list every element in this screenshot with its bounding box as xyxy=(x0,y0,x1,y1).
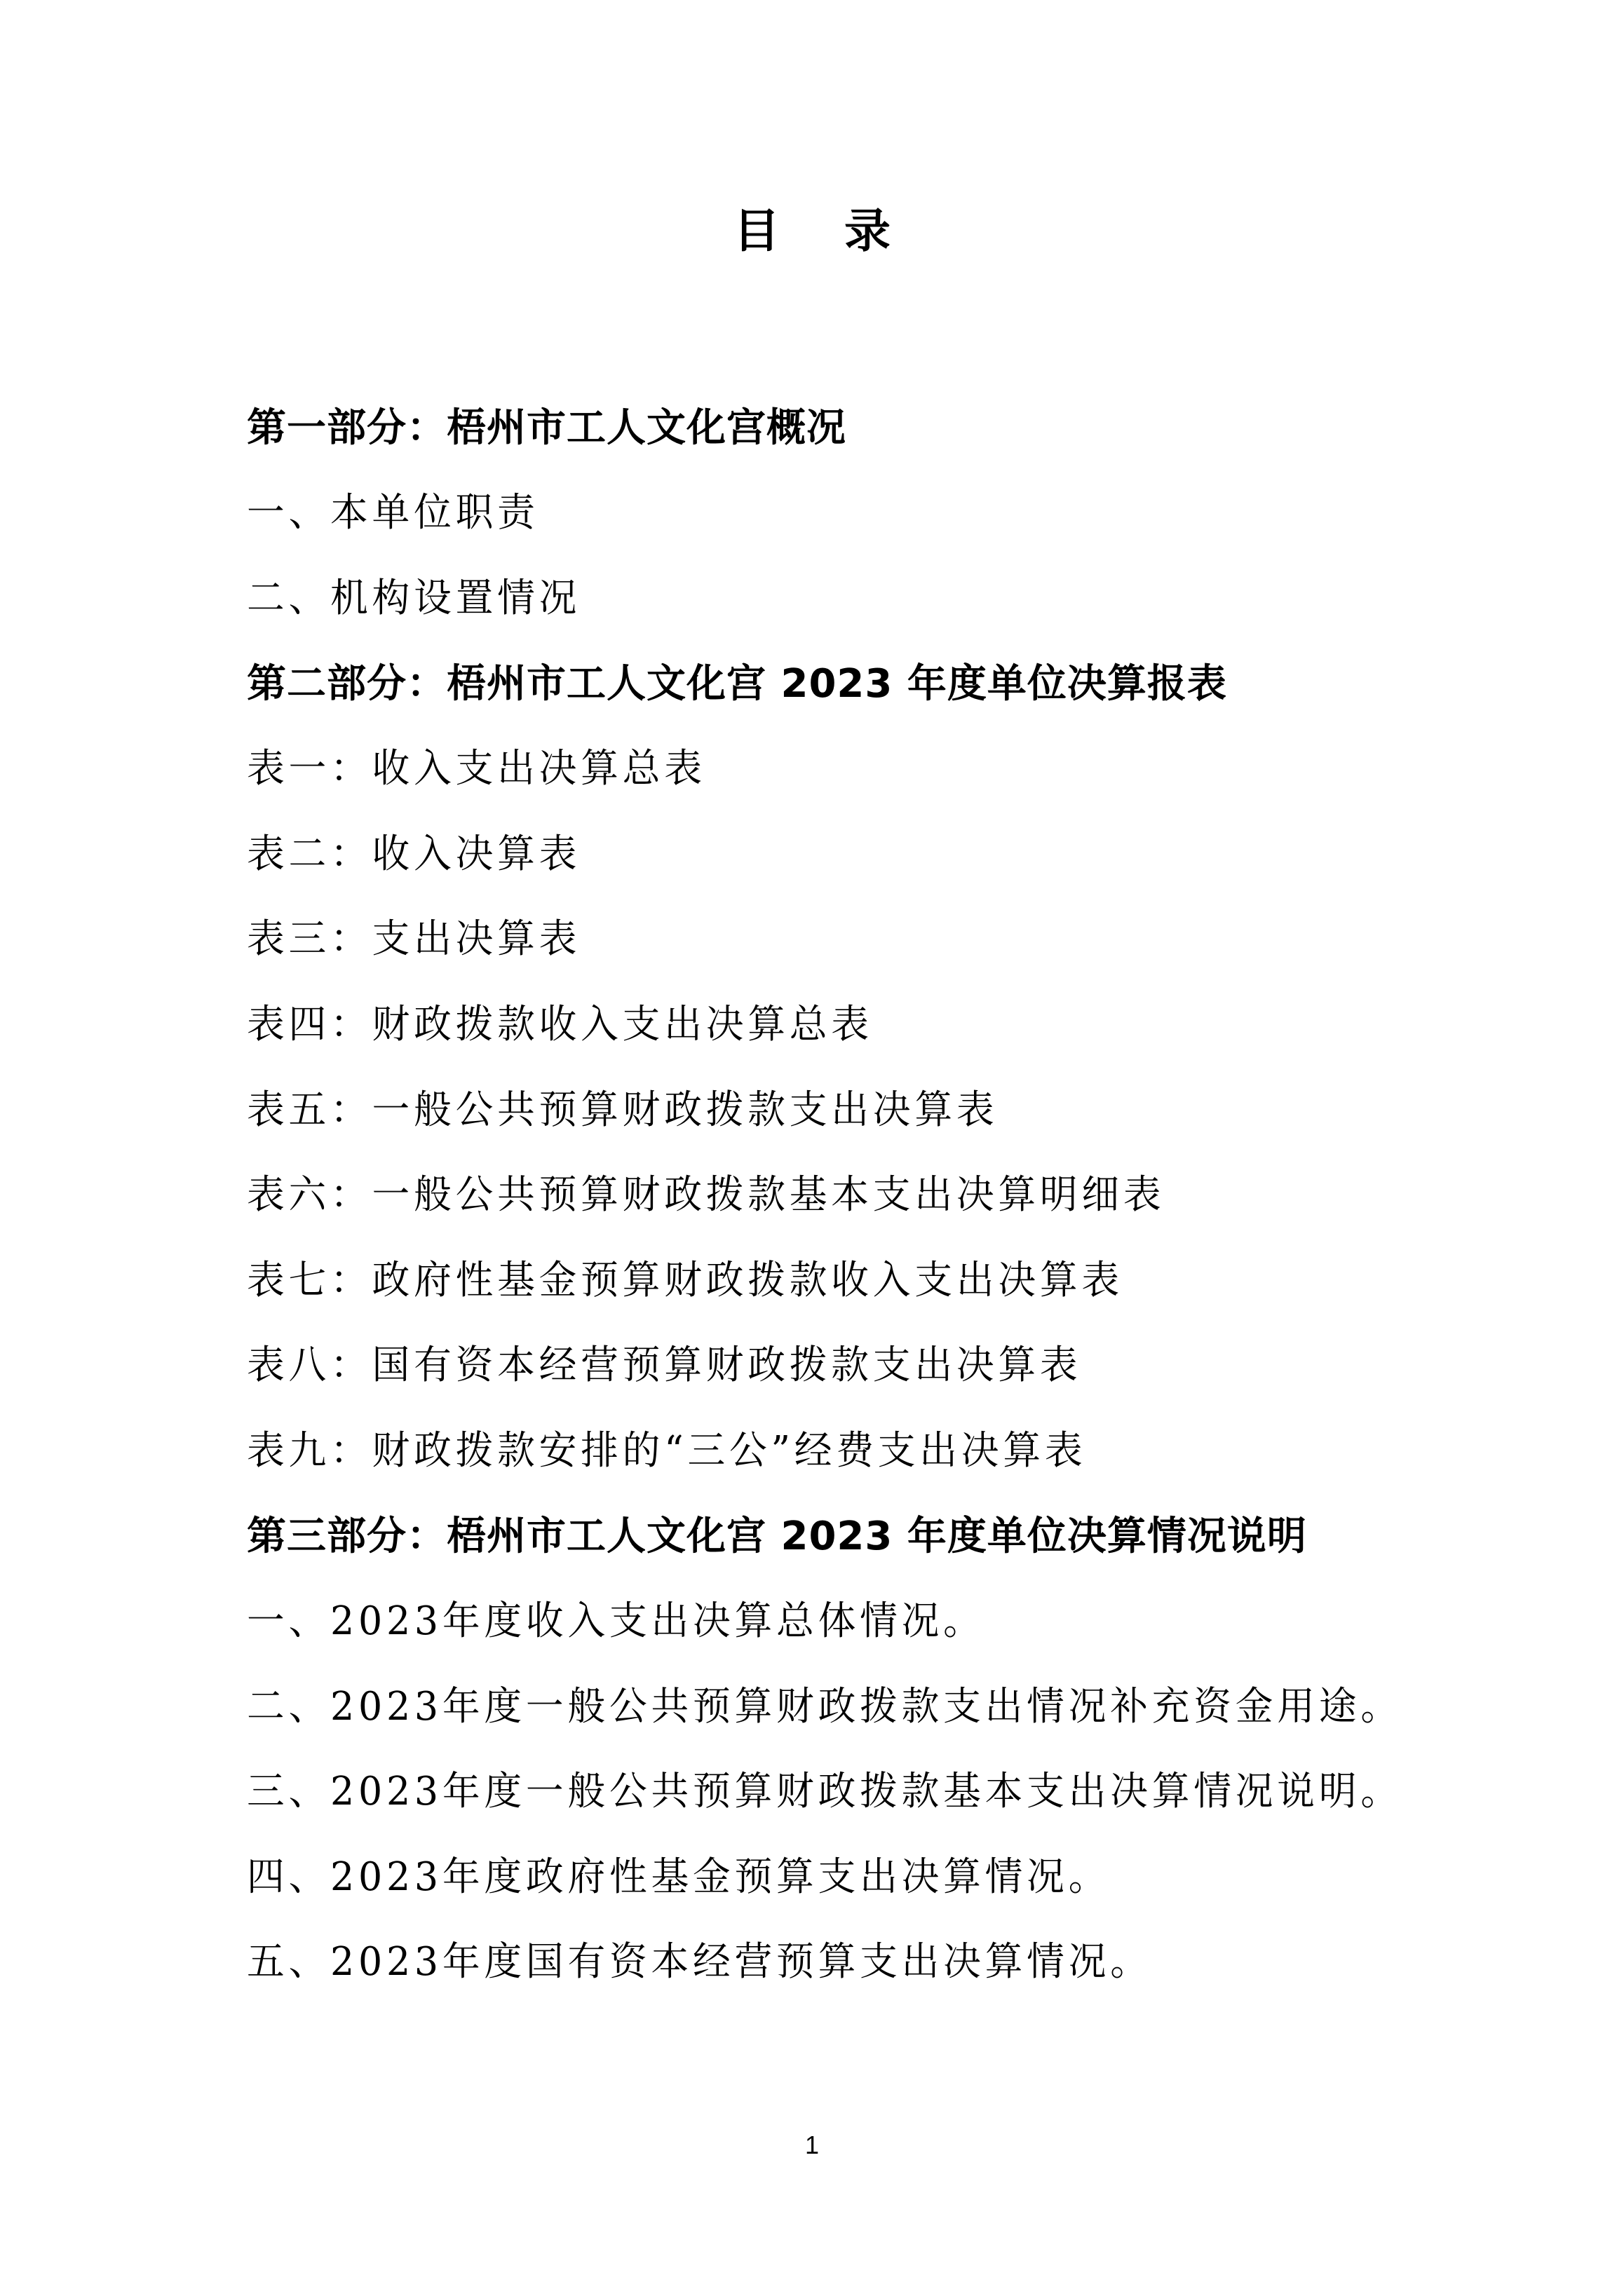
toc-item-table-5[interactable]: 表五：一般公共预算财政拨款支出决算表 xyxy=(247,1064,1459,1150)
toc-item-table-2[interactable]: 表二：收入决算表 xyxy=(247,808,1459,894)
toc-item-table-8[interactable]: 表八：国有资本经营预算财政拨款支出决算表 xyxy=(247,1320,1459,1406)
toc-item-table-1[interactable]: 表一：收入支出决算总表 xyxy=(247,723,1459,808)
toc-item-explanation-3[interactable]: 三、2023年度一般公共预算财政拨款基本支出决算情况说明。 xyxy=(247,1746,1459,1832)
toc-item-explanation-2[interactable]: 二、2023年度一般公共预算财政拨款支出情况补充资金用途。 xyxy=(247,1661,1459,1746)
toc-item-table-4[interactable]: 表四：财政拨款收入支出决算总表 xyxy=(247,979,1459,1064)
toc-section-part-1[interactable]: 第一部分：梧州市工人文化宫概况 xyxy=(247,382,1509,468)
toc-item-organization-setup[interactable]: 二、机构设置情况 xyxy=(247,552,1459,638)
page-title: 目 录 xyxy=(0,203,1624,259)
table-of-contents: 第一部分：梧州市工人文化宫概况 一、本单位职责 二、机构设置情况 第二部分：梧州… xyxy=(247,382,1509,2002)
page-number: 1 xyxy=(0,2130,1624,2161)
toc-item-explanation-4[interactable]: 四、2023年度政府性基金预算支出决算情况。 xyxy=(247,1831,1459,1917)
toc-item-explanation-5[interactable]: 五、2023年度国有资本经营预算支出决算情况。 xyxy=(247,1917,1459,2002)
toc-section-part-2[interactable]: 第二部分：梧州市工人文化宫 2023 年度单位决算报表 xyxy=(247,638,1509,724)
toc-item-table-3[interactable]: 表三：支出决算表 xyxy=(247,894,1459,979)
toc-item-table-6[interactable]: 表六：一般公共预算财政拨款基本支出决算明细表 xyxy=(247,1149,1459,1235)
toc-section-part-3[interactable]: 第三部分：梧州市工人文化宫 2023 年度单位决算情况说明 xyxy=(247,1490,1509,1576)
toc-item-explanation-1[interactable]: 一、2023年度收入支出决算总体情况。 xyxy=(247,1575,1459,1661)
toc-item-unit-duties[interactable]: 一、本单位职责 xyxy=(247,468,1459,553)
toc-item-table-7[interactable]: 表七：政府性基金预算财政拨款收入支出决算表 xyxy=(247,1235,1459,1320)
toc-item-table-9[interactable]: 表九：财政拨款安排的“三公”经费支出决算表 xyxy=(247,1405,1459,1490)
